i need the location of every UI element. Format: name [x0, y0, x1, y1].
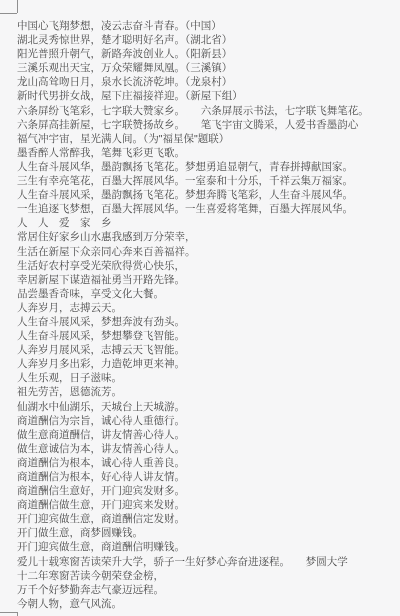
text-line: 生活好农村享受光荣欣得赏心快乐， [17, 259, 398, 273]
text-line: 商道酬信为根本，诚心待人重善良。 [17, 456, 398, 470]
text-line: 商道酬信为根本，好心待人讲友情。 [17, 470, 398, 484]
text-line: 今朝人物，意气风流。 [17, 597, 398, 611]
text-line: 常居住好家乡山水惠我感到万分荣幸， [17, 230, 398, 244]
text-line: 做生意商道酬信，讲友情善心待人。 [17, 428, 398, 442]
text-line: 福气冲宇宙，星光满人间。（为"福星保"题联） [17, 132, 398, 146]
text-boundary-corner-bottom-left-horizontal [0, 612, 17, 613]
text-line: 墨香醉人常醉我，笔舞飞彩更飞歌。 [17, 146, 398, 160]
text-line: 商道酬信做生意，开门迎宾来发财。 [17, 498, 398, 512]
text-line: 六条屏高挂新屋，七字联赞扬故乡。 笔飞宇宙文腾采，人爱书香墨韵心 [17, 118, 398, 132]
text-line: 祖先劳苦，恩德流芳。 [17, 385, 398, 399]
text-line: 人生奋斗展风采，梦想奔波有劲头。 [17, 315, 398, 329]
text-line: 人生奋斗展风采，墨韵飘扬飞笔花。梦想奔腾飞笔彩，人生奋斗展风华。 [17, 188, 398, 202]
text-line: 人生奋斗展风华，墨韵飘扬飞笔花。梦想勇追显朝气，青春拼搏献国家。 [17, 160, 398, 174]
text-line: 万千个好梦勤奔志气豪迈远程。 [17, 583, 398, 597]
text-line: 开门迎宾做生意，商道酬信明赚钱。 [17, 540, 398, 554]
text-line: 龙山高耸吻日月，泉水长流济乾坤。（龙泉村） [17, 75, 398, 89]
text-line: 阳光普照升朝气，新路奔波创业人。（阳新县） [17, 47, 398, 61]
text-line: 品尝墨香奇味，享受文化大餐。 [17, 287, 398, 301]
text-line: 一生追逐飞梦想，百墨大挥展风华。一生喜爱将笔舞，百墨大挥展风华。 [17, 202, 398, 216]
text-line: 幸居新屋下谋造福祉勇当开路先锋。 [17, 273, 398, 287]
text-line: 生活在新屋下众亲同心奔来百善福祥。 [17, 245, 398, 259]
text-line: 人生乐观，日子滋味。 [17, 371, 398, 385]
text-line: 三生有幸亮笔花，百墨大挥展风华。一室泰和十分乐，千祥云集万福家。 [17, 174, 398, 188]
text-line: 开门做生意，商梦圆赚钱。 [17, 526, 398, 540]
document-text-area[interactable]: 中国心飞翔梦想，凌云志奋斗青春。（中国） 湖北灵秀惊世界，楚才聪明好名声。（湖北… [17, 19, 398, 611]
text-line: 商道酬信为宗旨，诚心待人重德行。 [17, 414, 398, 428]
text-line: 商道酬信生意好，开门迎宾发财多。 [17, 484, 398, 498]
text-line: 新时代男拼女战，屋下庄福接祥迎。（新屋下组） [17, 89, 398, 103]
text-line: 中国心飞翔梦想，凌云志奋斗青春。（中国） [17, 19, 398, 33]
text-line: 做生意诚信为本，讲友情善心待人。 [17, 442, 398, 456]
document-page: 中国心飞翔梦想，凌云志奋斗青春。（中国） 湖北灵秀惊世界，楚才聪明好名声。（湖北… [0, 0, 400, 616]
text-boundary-corner-top-left-horizontal [0, 13, 17, 14]
text-boundary-corner-top-left-vertical [17, 0, 18, 13]
text-line: 六条屏纷飞笔彩，七字联大赞家乡。 六条屏展示书法，七字联飞舞笔花。 [17, 104, 398, 118]
text-boundary-corner-bottom-left-vertical [17, 612, 18, 616]
text-line: 人生奋斗展风采，梦想攀登飞智能。 [17, 329, 398, 343]
text-line: 开门迎宾做生意，商道酬信定发财。 [17, 512, 398, 526]
text-line: 人奔岁月，志搏云天。 [17, 301, 398, 315]
text-line: 湖北灵秀惊世界，楚才聪明好名声。（湖北省） [17, 33, 398, 47]
text-line: 人奔岁月多出彩，力造乾坤更来神。 [17, 357, 398, 371]
text-line: 三溪乐观出天宝，万众荣耀舞凤凰。（三溪镇） [17, 61, 398, 75]
text-line: 爱儿十载寒窗苦读荣升大学，骄子一生好梦心奔奋进逐程。 梦圆大学 [17, 555, 398, 569]
text-line: 人奔岁月展风采，志搏云天飞智能。 [17, 343, 398, 357]
text-line: 仙湖水中仙湖乐，天城台上天城游。 [17, 400, 398, 414]
text-line: 人 人 爱 家 乡 [17, 216, 398, 230]
text-line: 十二年寒窗苦读今朝荣登金榜， [17, 569, 398, 583]
